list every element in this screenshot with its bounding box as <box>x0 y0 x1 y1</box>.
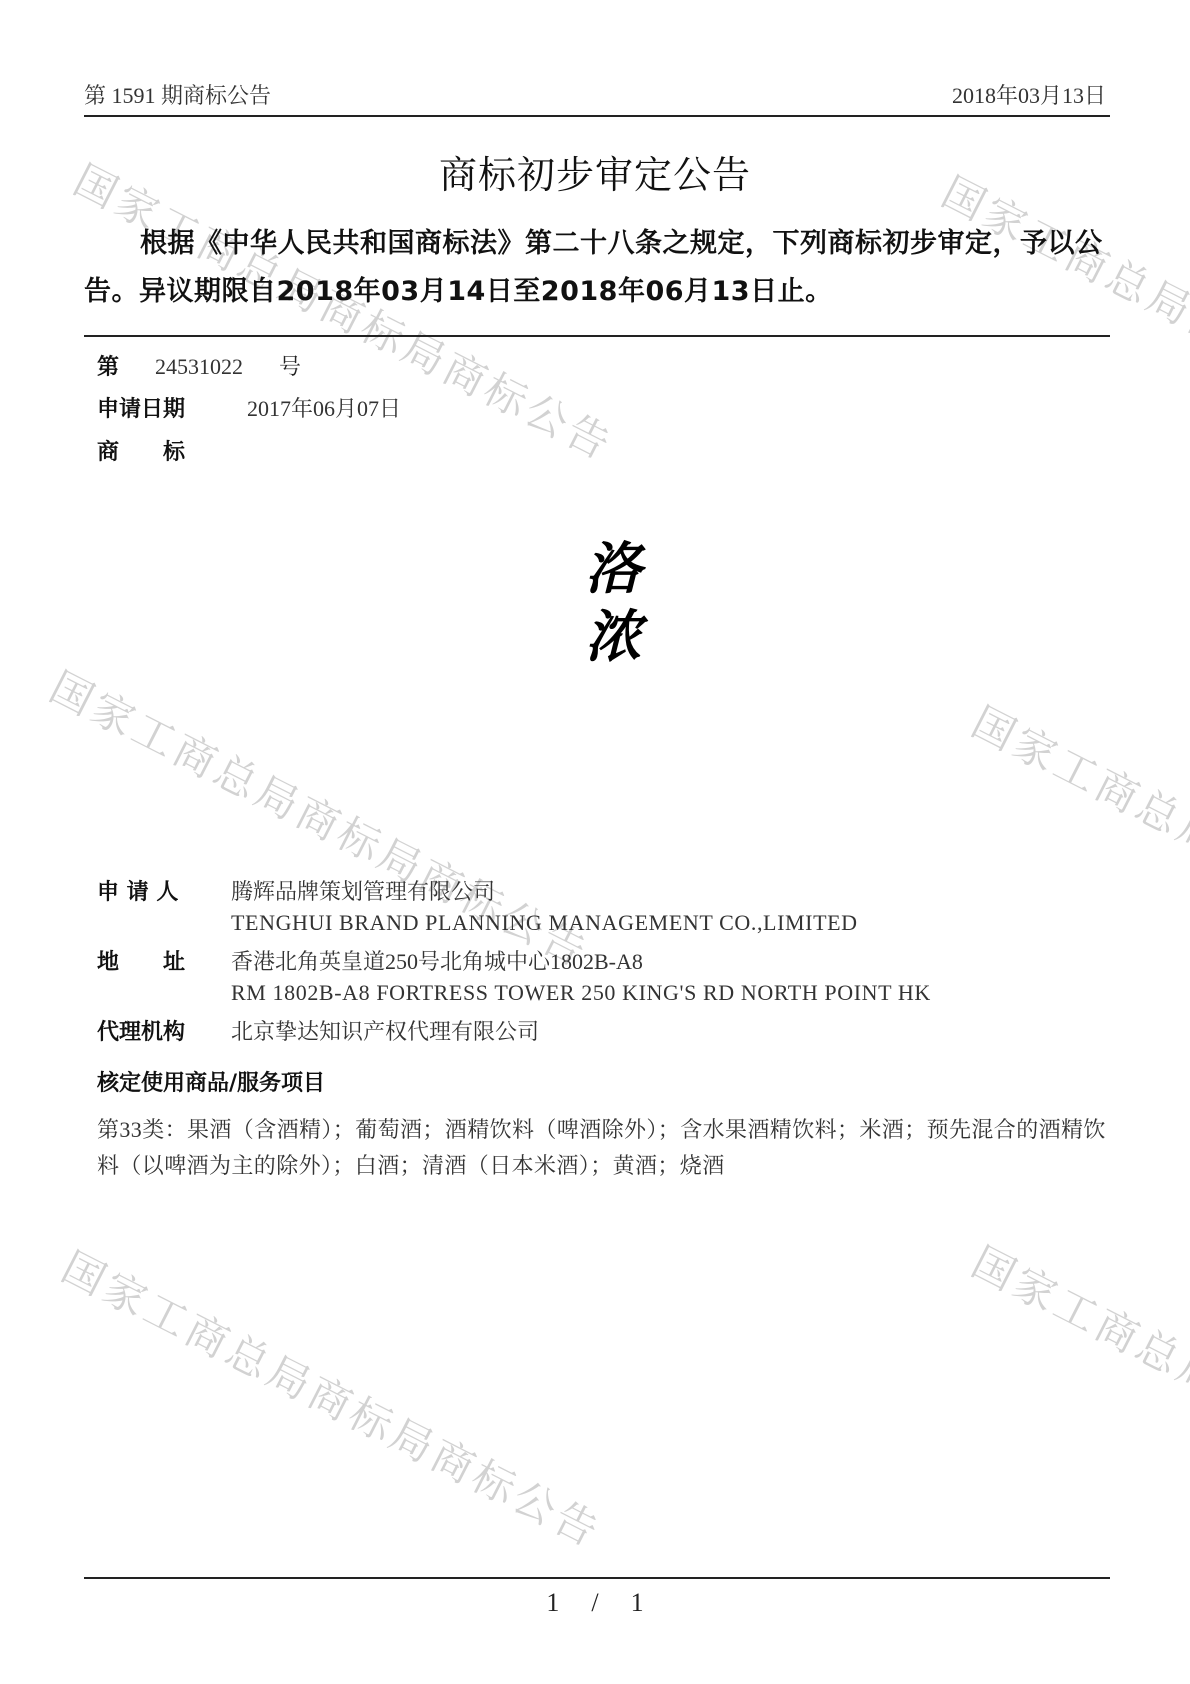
current-page: 1 <box>546 1588 559 1617</box>
address-label: 地 址 <box>97 945 231 976</box>
footer-divider <box>84 1577 1110 1579</box>
watermark: 国家工商总局商标局商标公告 <box>53 1235 613 1560</box>
trademark-char: 浓 <box>585 603 641 671</box>
applicant-row: 申 请 人 腾辉品牌策划管理有限公司 <box>97 875 931 910</box>
goods-heading: 核定使用商品/服务项目 <box>97 1066 325 1097</box>
page-separator: / <box>591 1588 598 1617</box>
applicant-info: 申 请 人 腾辉品牌策划管理有限公司 TENGHUI BRAND PLANNIN… <box>97 875 931 1050</box>
application-date-row: 申请日期 2017年06月07日 <box>97 392 401 423</box>
address-cn: 香港北角英皇道250号北角城中心1802B-A8 <box>231 945 643 976</box>
registration-number-row: 第 24531022 号 <box>97 350 301 381</box>
issue-label: 第 1591 期商标公告 <box>84 79 271 110</box>
trademark-row: 商 标 <box>97 435 185 466</box>
watermark: 国家工商总局商标局商标公告 <box>963 1230 1190 1555</box>
address-en-row: RM 1802B-A8 FORTRESS TOWER 250 KING'S RD… <box>97 980 931 1015</box>
applicant-name-cn: 腾辉品牌策划管理有限公司 <box>231 875 495 906</box>
address-row: 地 址 香港北角英皇道250号北角城中心1802B-A8 <box>97 945 931 980</box>
total-pages: 1 <box>631 1588 644 1617</box>
agent-label: 代理机构 <box>97 1015 231 1046</box>
registration-suffix: 号 <box>279 350 301 381</box>
applicant-name-en: TENGHUI BRAND PLANNING MANAGEMENT CO.,LI… <box>231 910 858 936</box>
document-title: 商标初步审定公告 <box>0 144 1190 199</box>
page-number: 1/1 <box>0 1588 1190 1618</box>
section-divider <box>84 335 1110 337</box>
registration-prefix: 第 <box>97 350 119 381</box>
watermark: 国家工商总局商标局商标公告 <box>963 690 1190 1015</box>
application-date-label: 申请日期 <box>97 392 185 423</box>
running-header: 第 1591 期商标公告 2018年03月13日 <box>84 74 1106 110</box>
applicant-label: 申 请 人 <box>97 875 231 906</box>
announcement-page: 国家工商总局商标局商标公告 国家工商总局商标局商标公告 国家工商总局商标局商标公… <box>0 0 1190 1684</box>
address-en: RM 1802B-A8 FORTRESS TOWER 250 KING'S RD… <box>231 980 931 1006</box>
agent-row: 代理机构 北京挚达知识产权代理有限公司 <box>97 1015 931 1050</box>
trademark-image: 洛 浓 <box>578 535 648 671</box>
notice-paragraph: 根据《中华人民共和国商标法》第二十八条之规定，下列商标初步审定，予以公告。异议期… <box>84 220 1110 316</box>
goods-list: 第33类：果酒（含酒精）；葡萄酒；酒精饮料（啤酒除外）；含水果酒精饮料；米酒；预… <box>97 1112 1107 1184</box>
publication-date: 2018年03月13日 <box>952 79 1106 110</box>
trademark-char: 洛 <box>585 535 641 603</box>
watermark: 国家工商总局商标局商标公告 <box>933 160 1190 485</box>
applicant-en-row: TENGHUI BRAND PLANNING MANAGEMENT CO.,LI… <box>97 910 931 945</box>
agent-value: 北京挚达知识产权代理有限公司 <box>231 1015 539 1046</box>
trademark-label: 商 标 <box>97 435 185 466</box>
application-date-value: 2017年06月07日 <box>247 392 401 423</box>
header-divider <box>84 115 1110 117</box>
registration-number: 24531022 <box>155 354 243 380</box>
